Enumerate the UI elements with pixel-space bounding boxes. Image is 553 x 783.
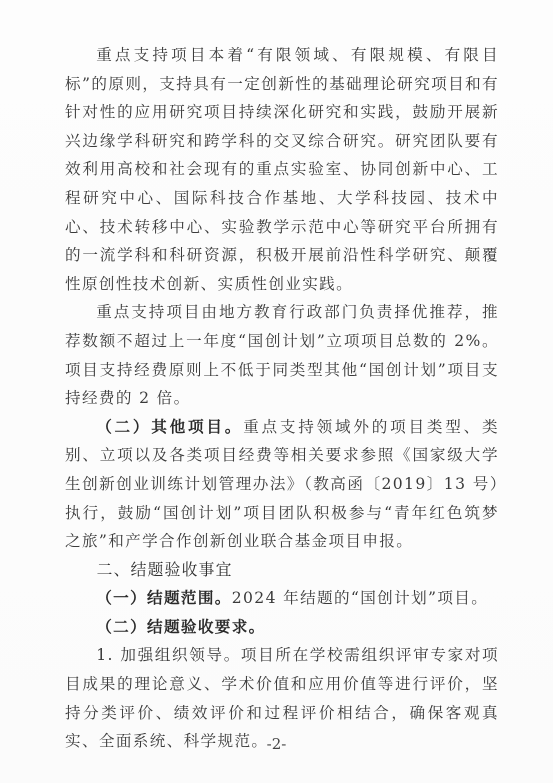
paragraph-completion-scope-text: 2024 年结题的“国创计划”项目。 bbox=[232, 589, 488, 607]
subheading-completion-scope: （一）结题范围。 bbox=[96, 588, 232, 607]
paragraph-other-projects: （二）其他项目。重点支持领域外的项目类型、类别、立项以及各类项目经费等相关要求参… bbox=[65, 413, 499, 556]
section-heading-completion-acceptance: 二、结题验收事宜 bbox=[65, 556, 499, 585]
subheading-acceptance-requirements: （二）结题验收要求。 bbox=[96, 617, 265, 636]
subheading-other-projects: （二）其他项目。 bbox=[96, 417, 243, 436]
subheading-acceptance-requirements-wrap: （二）结题验收要求。 bbox=[65, 613, 499, 642]
page-number: -2- bbox=[0, 735, 553, 753]
paragraph-other-projects-text: 重点支持领域外的项目类型、类别、立项以及各类项目经费等相关要求参照《国家级大学生… bbox=[65, 418, 499, 550]
paragraph-key-projects-recommendation: 重点支持项目由地方教育行政部门负责择优推荐，推荐数额不超过上一年度“国创计划”立… bbox=[65, 298, 499, 412]
document-page: 重点支持项目本着“有限领域、有限规模、有限目标”的原则，支持具有一定创新性的基础… bbox=[0, 0, 553, 783]
document-body: 重点支持项目本着“有限领域、有限规模、有限目标”的原则，支持具有一定创新性的基础… bbox=[65, 41, 499, 756]
paragraph-key-projects-principle: 重点支持项目本着“有限领域、有限规模、有限目标”的原则，支持具有一定创新性的基础… bbox=[65, 41, 499, 298]
paragraph-completion-scope: （一）结题范围。2024 年结题的“国创计划”项目。 bbox=[65, 584, 499, 613]
